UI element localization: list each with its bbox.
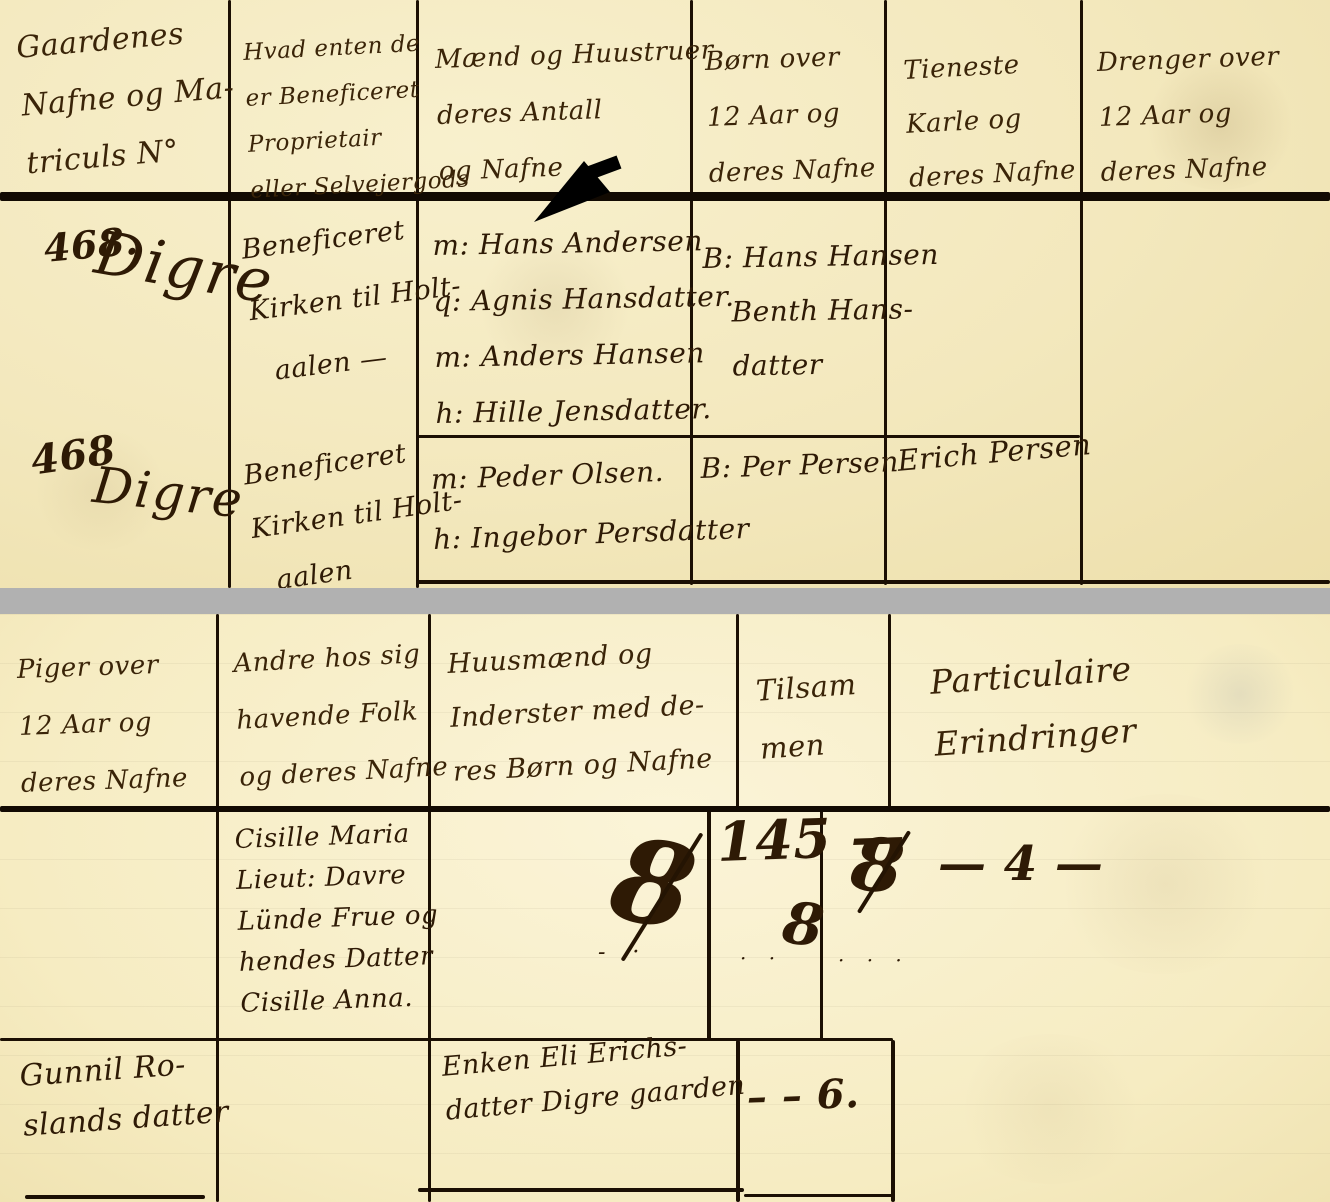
household-folk-cell: Cisille Maria Lieut: Davre Lünde Frue og… <box>234 813 442 1025</box>
header-total: Tilsam men <box>754 655 862 778</box>
strip-bottom-rule <box>416 580 1330 584</box>
header-remarks: Particulaire Erindringer <box>928 638 1138 776</box>
scan-divider-bar <box>0 588 1330 614</box>
header-boys-over-12: Drenger over 12 Aar og deres Nafne <box>1096 30 1284 201</box>
children-cell: B: Hans Hansen Benth Hans- datter <box>702 228 941 394</box>
column-rule <box>891 1040 895 1202</box>
bottom-register-strip: Piger over 12 Aar og deres Nafne Andre h… <box>0 614 1330 1202</box>
top-register-strip: Gaardenes Nafne og Ma- triculs N° Hvad e… <box>0 0 1330 588</box>
annotation-arrow-icon <box>520 148 640 233</box>
header-separator-rule <box>0 806 1330 812</box>
header-household-folk: Andre hos sig havende Folk og deres Nafn… <box>232 625 450 807</box>
header-girls-over-12: Piger over 12 Aar og deres Nafne <box>16 636 189 813</box>
row-separator-rule <box>0 1038 893 1041</box>
partial-bottom-rule <box>744 1194 894 1197</box>
header-servants: Tieneste Karle og deres Nafne <box>902 35 1077 206</box>
remarks-cell: — 4 — <box>938 836 1103 892</box>
header-cottars: Huusmænd og Inderster med de- res Børn o… <box>446 624 714 799</box>
children-cell: B: Per Persen <box>700 445 899 485</box>
leader-dots: · · <box>740 946 783 970</box>
column-rule <box>888 614 891 810</box>
cottars-tally-figure: 8 <box>600 810 707 959</box>
scanned-register-page: Gaardenes Nafne og Ma- triculs N° Hvad e… <box>0 0 1330 1202</box>
header-farm-name: Gaardenes Nafne og Ma- triculs N° <box>14 1 242 193</box>
total-cell: – – 6. <box>746 1070 860 1121</box>
leader-dots: ‐ · <box>598 940 649 965</box>
column-rule <box>736 614 739 810</box>
column-rule <box>707 810 711 1040</box>
header-children-over-12: Børn over 12 Aar og deres Nafne <box>704 28 877 202</box>
couples-cell: m: Hans Andersen q: Agnis Hansdatter. m:… <box>432 213 737 442</box>
cottars-cell: Enken Eli Erichs- datter Digre gaarden <box>440 1020 747 1134</box>
partial-bottom-rule <box>418 1188 744 1192</box>
paper-stain <box>1180 644 1300 744</box>
remarks-tally-figure: 8 <box>846 820 909 912</box>
girls-cell: Gunnil Ro- slands datter <box>18 1038 231 1152</box>
column-rule <box>1080 0 1083 585</box>
paper-stain <box>950 1034 1150 1184</box>
farm-name: Digre <box>90 456 247 530</box>
partial-bottom-rule <box>25 1195 205 1199</box>
leader-dots: · · · <box>838 948 910 972</box>
